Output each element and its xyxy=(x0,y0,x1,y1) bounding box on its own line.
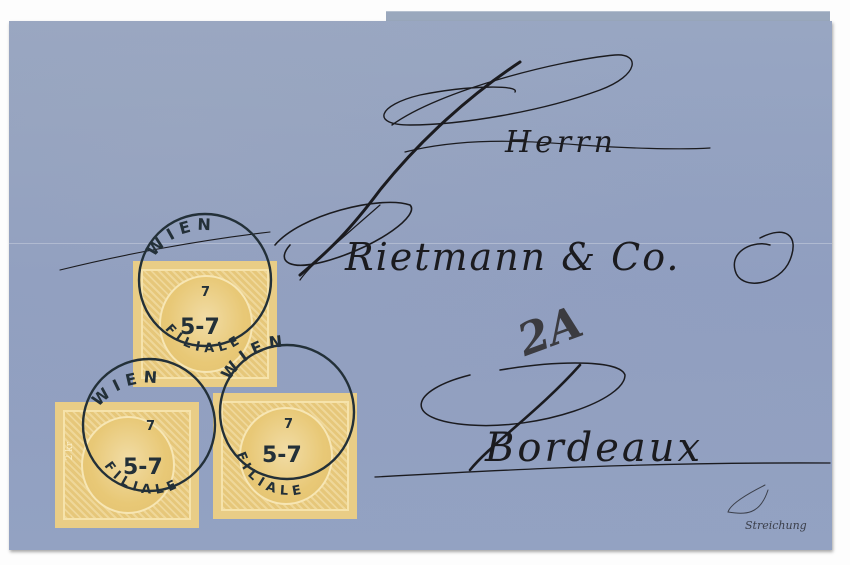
postmarks: WIEN FILIALE 5-7 7 WIEN FILIALE 5-7 7 WI… xyxy=(0,0,850,565)
svg-text:5-7: 5-7 xyxy=(262,443,302,468)
svg-text:5-7: 5-7 xyxy=(180,315,220,340)
postmark-1: WIEN FILIALE 5-7 7 xyxy=(143,215,247,357)
svg-text:7: 7 xyxy=(201,285,210,300)
pencil-note: Streichung xyxy=(745,519,807,532)
svg-text:5-7: 5-7 xyxy=(123,455,163,480)
svg-text:7: 7 xyxy=(146,419,155,434)
svg-text:7: 7 xyxy=(284,417,293,432)
postmark-2: WIEN FILIALE 5-7 7 xyxy=(88,367,183,498)
svg-text:WIEN: WIEN xyxy=(143,215,218,260)
svg-text:WIEN: WIEN xyxy=(88,367,164,410)
